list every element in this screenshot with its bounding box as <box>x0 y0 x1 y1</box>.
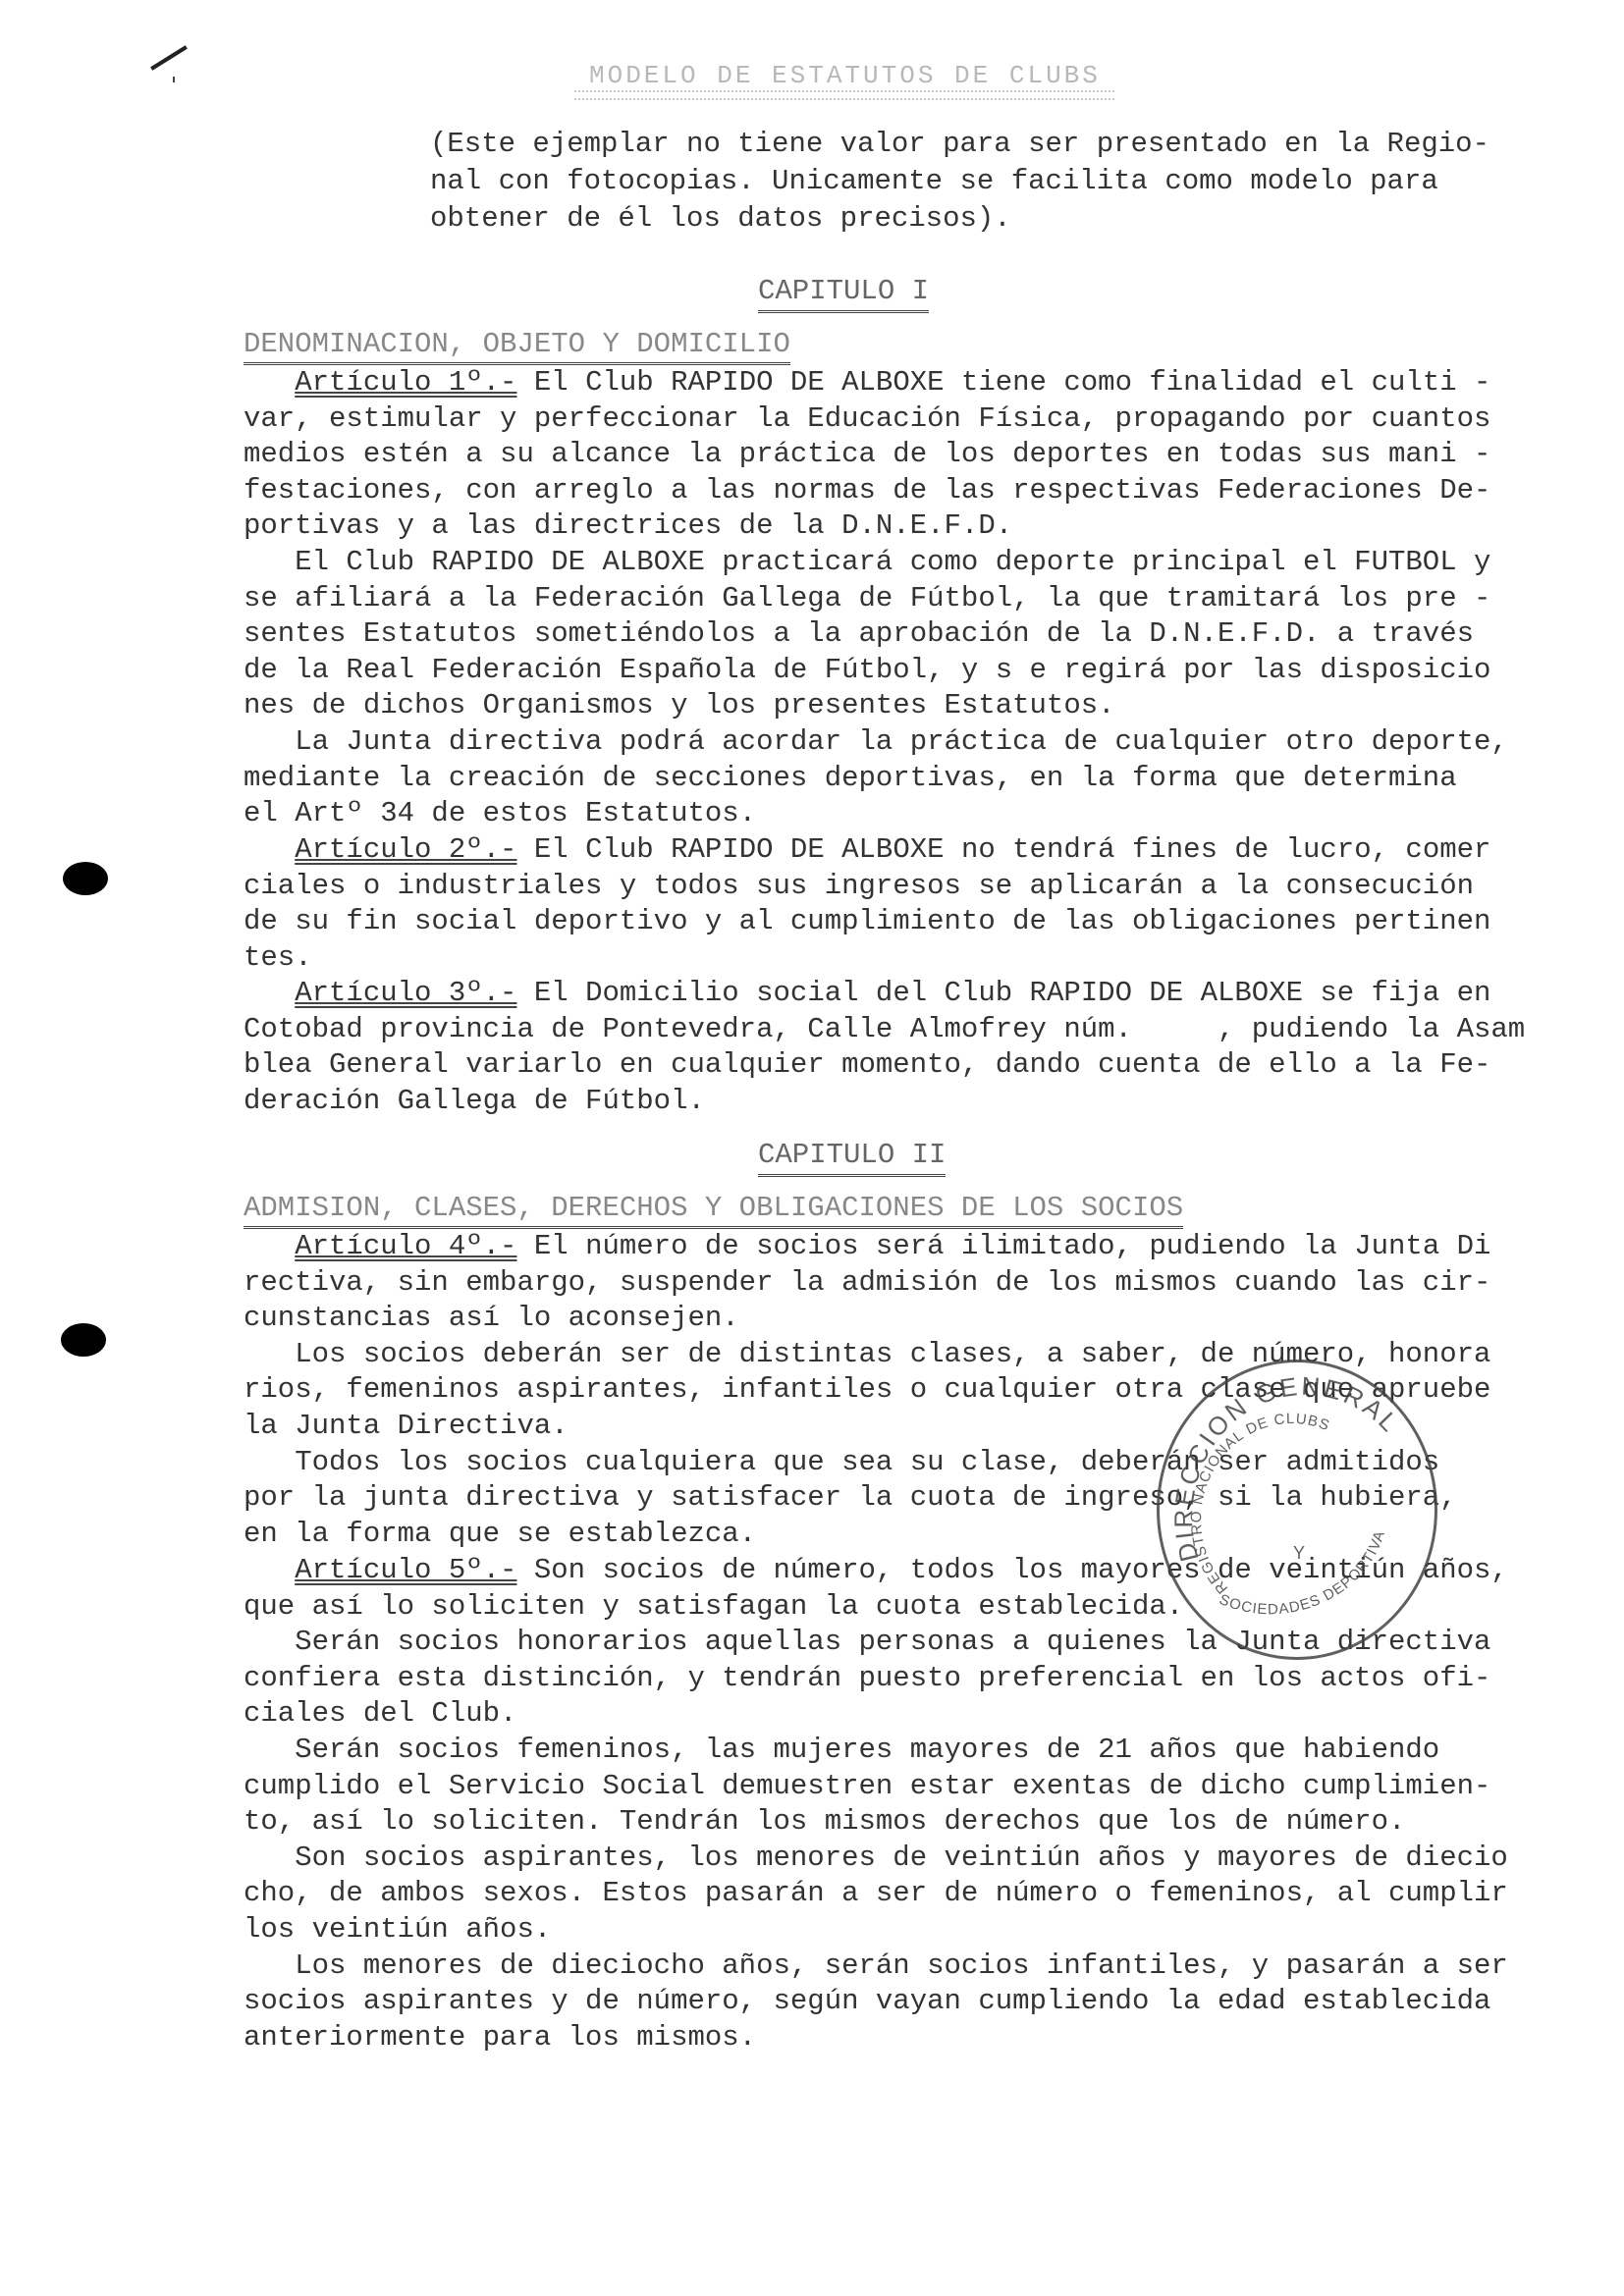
disclaimer-note: (Este ejemplar no tiene valor para ser p… <box>430 126 1559 238</box>
text-line: to, así lo soliciten. Tendrán los mismos… <box>244 1804 1598 1841</box>
text-line: var, estimular y perfeccionar la Educaci… <box>244 401 1598 438</box>
text-line: rectiva, sin embargo, suspender la admis… <box>244 1265 1598 1302</box>
text-line: se afiliará a la Federación Gallega de F… <box>244 581 1598 617</box>
text-line: deración Gallega de Fútbol. <box>244 1084 1598 1120</box>
text-line: medios estén a su alcance la práctica de… <box>244 437 1598 473</box>
article-1-line-1: Artículo 1º.- El Club RAPIDO DE ALBOXE t… <box>244 365 1598 401</box>
text-line: los veintiún años. <box>244 1912 1598 1949</box>
text-line: de la Real Federación Española de Fútbol… <box>244 653 1598 689</box>
text-line: La Junta directiva podrá acordar la prác… <box>244 724 1598 761</box>
pen-mark-tick <box>173 77 175 82</box>
chapter-2-section-heading: ADMISION, CLASES, DERECHOS Y OBLIGACIONE… <box>244 1192 1183 1229</box>
text-line: de su fin social deportivo y al cumplimi… <box>244 904 1598 940</box>
pen-mark <box>150 45 188 71</box>
text-line: mediante la creación de secciones deport… <box>244 761 1598 797</box>
article-1-label: Artículo 1º.- <box>295 366 516 399</box>
text-line: tes. <box>244 940 1598 977</box>
text-line: portivas y a las directrices de la D.N.E… <box>244 508 1598 545</box>
text-line: anteriormente para los mismos. <box>244 2020 1598 2056</box>
chapter-1-heading: CAPITULO I <box>758 275 929 313</box>
article-3-line-1: Artículo 3º.- El Domicilio social del Cl… <box>244 976 1598 1012</box>
article-3: Artículo 3º.- El Domicilio social del Cl… <box>244 976 1598 1119</box>
article-2-label: Artículo 2º.- <box>295 833 516 866</box>
text-line: festaciones, con arreglo a las normas de… <box>244 473 1598 509</box>
text-line: ciales o industriales y todos sus ingres… <box>244 869 1598 905</box>
article-3-label: Artículo 3º.- <box>295 977 516 1009</box>
chapter-2-heading: CAPITULO II <box>758 1139 946 1177</box>
note-line: nal con fotocopias. Unicamente se facili… <box>430 163 1559 200</box>
text-line: blea General variarlo en cualquier momen… <box>244 1047 1598 1084</box>
text-line: Cotobad provincia de Pontevedra, Calle A… <box>244 1012 1598 1048</box>
article-2-line-1: Artículo 2º.- El Club RAPIDO DE ALBOXE n… <box>244 832 1598 869</box>
note-line: (Este ejemplar no tiene valor para ser p… <box>430 126 1559 163</box>
stamp-center-text: Y <box>1293 1543 1305 1563</box>
text-line: cumplido el Servicio Social demuestren e… <box>244 1769 1598 1805</box>
document-page: MODELO DE ESTATUTOS DE CLUBS (Este ejemp… <box>0 0 1624 2296</box>
stamp-seal-icon: DIRECCION GENERAL DE DEPORTES REGISTRO N… <box>1160 1362 1435 1657</box>
text-line: Son socios aspirantes, los menores de ve… <box>244 1841 1598 1877</box>
punch-hole-bottom <box>61 1323 106 1357</box>
chapter-1-section-heading: DENOMINACION, OBJETO Y DOMICILIO <box>244 328 790 365</box>
text-line: sentes Estatutos sometiéndolos a la apro… <box>244 616 1598 653</box>
article-1: Artículo 1º.- El Club RAPIDO DE ALBOXE t… <box>244 365 1598 832</box>
text-line: el Artº 34 de estos Estatutos. <box>244 796 1598 832</box>
text-line: Los menores de dieciocho años, serán soc… <box>244 1949 1598 1985</box>
text-line: Serán socios femeninos, las mujeres mayo… <box>244 1733 1598 1769</box>
punch-hole-top <box>63 862 108 895</box>
text-line: nes de dichos Organismos y los presentes… <box>244 688 1598 724</box>
text-line: ciales del Club. <box>244 1696 1598 1733</box>
article-4-line-1: Artículo 4º.- El número de socios será i… <box>244 1229 1598 1265</box>
article-4-label: Artículo 4º.- <box>295 1230 516 1262</box>
document-title: MODELO DE ESTATUTOS DE CLUBS <box>589 61 1101 90</box>
text-line: confiera esta distinción, y tendrán pues… <box>244 1661 1598 1697</box>
official-stamp: DIRECCION GENERAL DE DEPORTES REGISTRO N… <box>1157 1360 1437 1660</box>
text-line: cunstancias así lo aconsejen. <box>244 1301 1598 1337</box>
title-underline <box>574 90 1114 100</box>
text-line: cho, de ambos sexos. Estos pasarán a ser… <box>244 1876 1598 1912</box>
text-line: socios aspirantes y de número, según vay… <box>244 1984 1598 2020</box>
text-line: El Club RAPIDO DE ALBOXE practicará como… <box>244 545 1598 581</box>
article-2: Artículo 2º.- El Club RAPIDO DE ALBOXE n… <box>244 832 1598 976</box>
note-line: obtener de él los datos precisos). <box>430 200 1559 238</box>
article-5-label: Artículo 5º.- <box>295 1554 516 1586</box>
